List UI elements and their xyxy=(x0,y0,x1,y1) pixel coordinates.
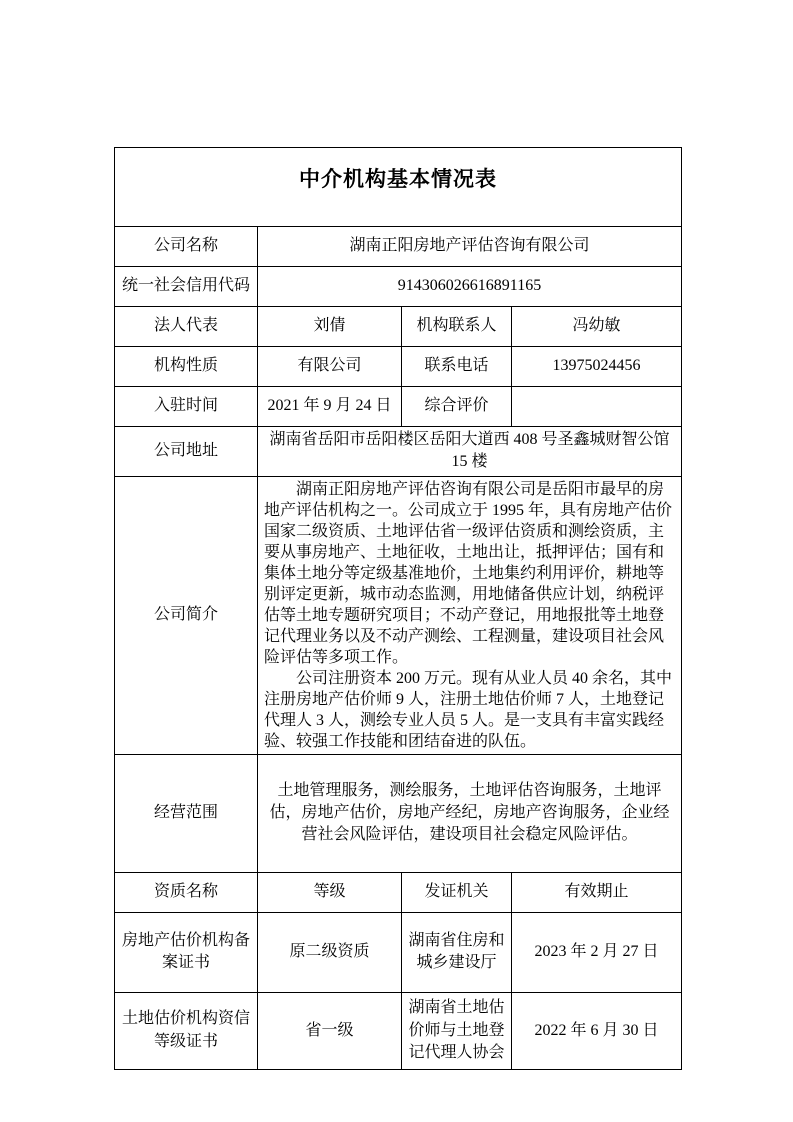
contact-person-label: 机构联系人 xyxy=(402,307,512,347)
entry-date-value: 2021 年 9 月 24 日 xyxy=(258,387,402,427)
profile-label: 公司简介 xyxy=(115,476,258,754)
org-type-row: 机构性质 有限公司 联系电话 13975024456 xyxy=(115,347,682,387)
qual-2-name: 土地估价机构资信等级证书 xyxy=(115,992,258,1069)
entry-date-label: 入驻时间 xyxy=(115,387,258,427)
profile-paragraph-1: 湖南正阳房地产评估咨询有限公司是岳阳市最早的房地产评估机构之一。公司成立于 19… xyxy=(264,479,675,668)
overall-rating-label: 综合评价 xyxy=(402,387,512,427)
qual-header-name: 资质名称 xyxy=(115,872,258,912)
credit-code-row: 统一社会信用代码 914306026616891165 xyxy=(115,267,682,307)
business-scope-label: 经营范围 xyxy=(115,754,258,872)
document-page: 中介机构基本情况表 公司名称 湖南正阳房地产评估咨询有限公司 统一社会信用代码 … xyxy=(0,0,793,1122)
company-name-row: 公司名称 湖南正阳房地产评估咨询有限公司 xyxy=(115,227,682,267)
agency-info-table: 中介机构基本情况表 公司名称 湖南正阳房地产评估咨询有限公司 统一社会信用代码 … xyxy=(114,147,682,1070)
legal-rep-row: 法人代表 刘倩 机构联系人 冯幼敏 xyxy=(115,307,682,347)
overall-rating-value xyxy=(512,387,682,427)
profile-paragraph-2: 公司注册资本 200 万元。现有从业人员 40 余名，其中注册房地产估价师 9 … xyxy=(264,668,675,752)
qualifications-header-row: 资质名称 等级 发证机关 有效期止 xyxy=(115,872,682,912)
qual-2-issuer: 湖南省土地估价师与土地登记代理人协会 xyxy=(402,992,512,1069)
qual-header-level: 等级 xyxy=(258,872,402,912)
address-value: 湖南省岳阳市岳阳楼区岳阳大道西 408 号圣鑫城财智公馆 15 楼 xyxy=(258,427,682,477)
address-label: 公司地址 xyxy=(115,427,258,477)
org-type-label: 机构性质 xyxy=(115,347,258,387)
phone-label: 联系电话 xyxy=(402,347,512,387)
qual-1-level: 原二级资质 xyxy=(258,912,402,992)
business-scope-row: 经营范围 土地管理服务，测绘服务，土地评估咨询服务，土地评估，房地产估价，房地产… xyxy=(115,754,682,872)
title-row: 中介机构基本情况表 xyxy=(115,148,682,227)
business-scope-value: 土地管理服务，测绘服务，土地评估咨询服务，土地评估，房地产估价，房地产经纪，房地… xyxy=(258,754,682,872)
profile-row: 公司简介 湖南正阳房地产评估咨询有限公司是岳阳市最早的房地产评估机构之一。公司成… xyxy=(115,476,682,754)
org-type-value: 有限公司 xyxy=(258,347,402,387)
qualification-row: 土地估价机构资信等级证书 省一级 湖南省土地估价师与土地登记代理人协会 2022… xyxy=(115,992,682,1069)
credit-code-value: 914306026616891165 xyxy=(258,267,682,307)
credit-code-label: 统一社会信用代码 xyxy=(115,267,258,307)
address-row: 公司地址 湖南省岳阳市岳阳楼区岳阳大道西 408 号圣鑫城财智公馆 15 楼 xyxy=(115,427,682,477)
legal-rep-value: 刘倩 xyxy=(258,307,402,347)
qual-2-valid-until: 2022 年 6 月 30 日 xyxy=(512,992,682,1069)
qual-1-valid-until: 2023 年 2 月 27 日 xyxy=(512,912,682,992)
company-name-label: 公司名称 xyxy=(115,227,258,267)
contact-person-value: 冯幼敏 xyxy=(512,307,682,347)
entry-date-row: 入驻时间 2021 年 9 月 24 日 综合评价 xyxy=(115,387,682,427)
phone-value: 13975024456 xyxy=(512,347,682,387)
qual-1-name: 房地产估价机构备案证书 xyxy=(115,912,258,992)
legal-rep-label: 法人代表 xyxy=(115,307,258,347)
qualification-row: 房地产估价机构备案证书 原二级资质 湖南省住房和城乡建设厅 2023 年 2 月… xyxy=(115,912,682,992)
qual-2-level: 省一级 xyxy=(258,992,402,1069)
page-title: 中介机构基本情况表 xyxy=(115,148,682,227)
qual-header-issuer: 发证机关 xyxy=(402,872,512,912)
profile-value: 湖南正阳房地产评估咨询有限公司是岳阳市最早的房地产评估机构之一。公司成立于 19… xyxy=(258,476,682,754)
qual-1-issuer: 湖南省住房和城乡建设厅 xyxy=(402,912,512,992)
qual-header-valid-until: 有效期止 xyxy=(512,872,682,912)
company-name-value: 湖南正阳房地产评估咨询有限公司 xyxy=(258,227,682,267)
